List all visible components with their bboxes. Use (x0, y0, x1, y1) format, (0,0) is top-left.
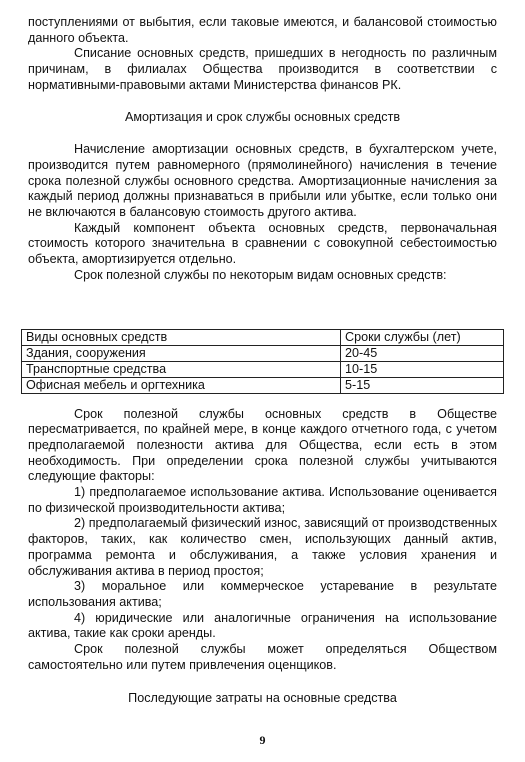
paragraph-write-off: Списание основных средств, пришедших в н… (28, 46, 497, 93)
table-header-cell: Виды основных средств (22, 329, 341, 345)
page-number: 9 (0, 733, 525, 748)
table-cell-asset-type: Здания, сооружения (22, 345, 341, 361)
paragraph-determine: Срок полезной службы может определяться … (28, 642, 497, 673)
section-heading-subsequent-costs: Последующие затраты на основные средства (28, 691, 497, 707)
factor-item-4: 4) юридические или аналогичные ограничен… (28, 611, 497, 642)
section-heading-amortization: Амортизация и срок службы основных средс… (28, 110, 497, 126)
factor-item-1: 1) предполагаемое использование актива. … (28, 485, 497, 516)
table-cell-asset-type: Транспортные средства (22, 361, 341, 377)
document-page: поступлениями от выбытия, если таковые и… (28, 15, 497, 706)
table-cell-years: 20-45 (341, 345, 504, 361)
useful-life-table: Виды основных средств Сроки службы (лет)… (21, 329, 504, 394)
factor-item-2: 2) предполагаемый физический износ, зави… (28, 516, 497, 579)
table-cell-asset-type: Офисная мебель и оргтехника (22, 377, 341, 393)
paragraph-continuation: поступлениями от выбытия, если таковые и… (28, 15, 497, 46)
factor-item-3: 3) моральное или коммерческое устаревани… (28, 579, 497, 610)
paragraph-review: Срок полезной службы основных средств в … (28, 407, 497, 486)
table-cell-years: 5-15 (341, 377, 504, 393)
paragraph-component: Каждый компонент объекта основных средст… (28, 221, 497, 268)
table-header-cell: Сроки службы (лет) (341, 329, 504, 345)
table-row: Офисная мебель и оргтехника 5-15 (22, 377, 504, 393)
table-row: Здания, сооружения 20-45 (22, 345, 504, 361)
table-cell-years: 10-15 (341, 361, 504, 377)
table-row: Транспортные средства 10-15 (22, 361, 504, 377)
paragraph-accrual: Начисление амортизации основных средств,… (28, 142, 497, 221)
table-header-row: Виды основных средств Сроки службы (лет) (22, 329, 504, 345)
paragraph-table-intro: Срок полезной службы по некоторым видам … (28, 268, 497, 284)
